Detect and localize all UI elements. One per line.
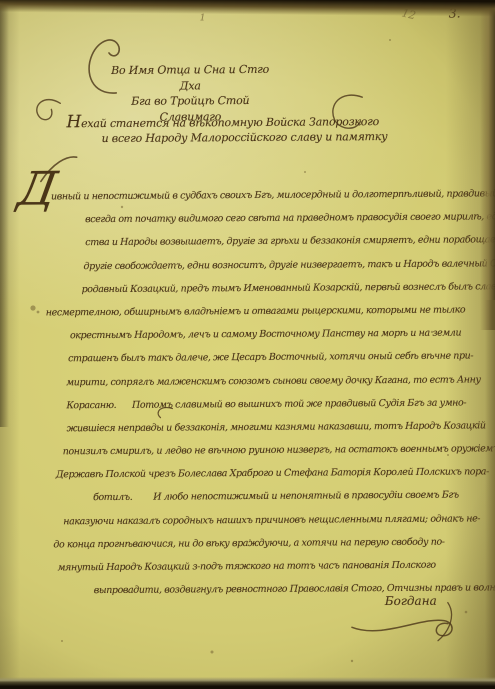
closing-word: Богдана (385, 594, 437, 608)
body-line: Корасаню. Потомъ славимый во вышнихъ той… (66, 391, 481, 417)
body-line: страшенъ былъ такъ далече, же Цесаръ Вос… (68, 345, 481, 371)
manuscript-photo: 12 3. 1 Во Имя Отца и Сна и Стго Дха Бга… (0, 0, 495, 689)
body-line: мянутый Народъ Козацкий з-подъ тяжкого н… (57, 553, 482, 579)
body-line: жившіеся неправды и беззаконія, многими … (67, 414, 482, 440)
handwriting-layer: 12 3. 1 Во Имя Отца и Сна и Стго Дха Бга… (0, 0, 495, 689)
body-line: родавный Козацкий, предъ тымъ Именованны… (82, 275, 481, 301)
body-line: ивный и непостижимый в судбахъ своихъ Бг… (51, 182, 480, 208)
body-line: окрестнымъ Народомъ, лечъ и самому Восто… (70, 321, 481, 347)
page-edge-right-lower (485, 300, 495, 689)
body-line: наказуючи наказалъ сородныхъ нашихъ прич… (63, 507, 482, 533)
body-line: ботилъ. И любо непостижимый и непонятный… (93, 484, 482, 510)
center-top-mark: 1 (200, 13, 206, 23)
body-line: мирити, сопряглъ малженскимъ союзомъ сын… (66, 368, 481, 394)
page-edge-left (0, 0, 9, 427)
body-line: всегда от початку видимого сего свѣта на… (85, 206, 480, 232)
dedication-line-1: Нехай станется на вѣкопомную Войска Запо… (66, 110, 379, 132)
page-edge-bottom (0, 677, 495, 689)
invocation-line-1: Во Имя Отца и Сна и Стго Дха (104, 62, 276, 94)
dedication-line-2: и всего Народу Малороссійского славу и п… (102, 130, 388, 145)
body-line: ства и Народы возвышаетъ, другіе за грѣх… (85, 229, 480, 255)
body-line: Державѣ Полской чрезъ Болеслава Храброго… (56, 461, 482, 487)
body-line: несмертелною, обширнымъ владѣніемъ и отв… (46, 298, 481, 324)
page-edge-right (480, 0, 495, 330)
body-line: понизилъ смирилъ, и ледво не вѣчною руин… (63, 437, 482, 463)
body-line: другіе свобождаетъ, едни возноситъ, друг… (83, 252, 480, 278)
body-paragraph: ивный и непостижимый в судбахъ своихъ Бг… (0, 182, 483, 603)
body-line: до конца прогнѣваючися, ни до вѣку вражд… (53, 530, 482, 556)
dedication-initial-curl (30, 95, 64, 129)
manuscript-page: 12 3. 1 Во Имя Отца и Сна и Стго Дха Бга… (0, 0, 495, 689)
